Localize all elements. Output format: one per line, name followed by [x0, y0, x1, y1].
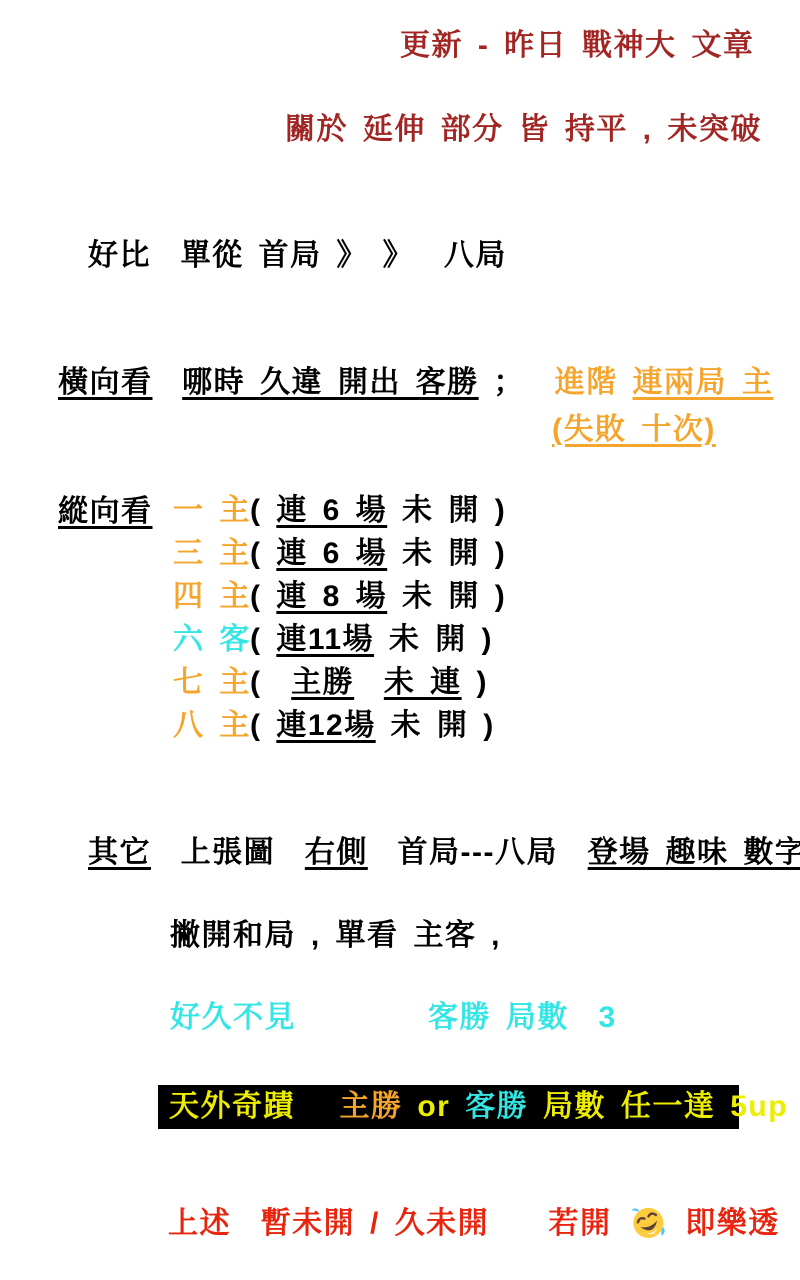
- streak-underlined-text: 未 連: [384, 666, 462, 699]
- streak-row-label: 八 主: [173, 704, 250, 747]
- vertical-streak-list: 一 主( 連 6 場 未 開 )三 主( 連 6 場 未 開 )四 主( 連 8…: [173, 489, 506, 747]
- streak-row: 四 主( 連 8 場 未 開 ): [173, 575, 506, 618]
- update-title: 更新 - 昨日 戰神大 文章: [400, 28, 754, 64]
- streak-plain-text: (: [250, 494, 276, 527]
- streak-row-label: 六 客: [173, 618, 250, 661]
- highlight-bar-segment: 天外奇蹟: [169, 1090, 340, 1123]
- streak-plain-text: (: [250, 709, 276, 742]
- rofl-emoji-icon: [628, 1202, 668, 1251]
- streak-underlined-text: 連 6 場: [276, 494, 387, 527]
- streak-row: 一 主( 連 6 場 未 開 ): [173, 489, 506, 532]
- other-label: 其它: [88, 836, 151, 869]
- streak-row-label: 四 主: [173, 575, 250, 618]
- footer-text-pre: 上述 暫未開 / 久未開 若開: [168, 1207, 626, 1240]
- betting-analysis-note: 更新 - 昨日 戰神大 文章 關於 延伸 部分 皆 持平 , 未突破 好比 單從…: [0, 0, 800, 1280]
- other-segment: 上張圖: [181, 836, 276, 869]
- horizontal-view-label: 橫向看: [58, 366, 153, 399]
- advanced-label: 進階: [525, 366, 633, 399]
- streak-plain-text: (: [250, 666, 291, 699]
- streak-row: 六 客( 連11場 未 開 ): [173, 618, 506, 661]
- highlight-bar-segment: 客勝: [465, 1090, 528, 1123]
- streak-row-label: 三 主: [173, 532, 250, 575]
- streak-plain-text: 未 開 ): [387, 494, 506, 527]
- advanced-failure-note: (失敗 十次): [552, 412, 716, 448]
- other-segment: 右側: [305, 836, 368, 869]
- example-line: 好比 單從 首局 》 》 八局: [88, 238, 507, 274]
- reminder-left: 好久不見: [170, 1001, 296, 1034]
- other-section-line: 其它 上張圖 右側 首局---八局 登場 趣味 數字: [88, 835, 800, 871]
- horizontal-view-line: 橫向看 哪時 久違 開出 客勝 ； 進階 連兩局 主: [58, 365, 773, 401]
- advanced-pattern: 連兩局 主: [633, 366, 774, 399]
- streak-row: 八 主( 連12場 未 開 ): [173, 704, 506, 747]
- streak-plain-text: (: [250, 580, 276, 613]
- footer-text-post: 即樂透: [670, 1207, 779, 1240]
- streak-plain-text: (: [250, 537, 276, 570]
- separator: ；: [479, 366, 525, 399]
- streak-plain-text: (: [250, 623, 276, 656]
- streak-underlined-text: 連 6 場: [276, 537, 387, 570]
- streak-underlined-text: 主勝: [291, 666, 354, 699]
- vertical-view-label: 縱向看: [58, 494, 153, 530]
- streak-plain-text: 未 開 ): [376, 709, 495, 742]
- streak-underlined-text: 連 8 場: [276, 580, 387, 613]
- reminder-right: 客勝 局數 3: [428, 1000, 617, 1036]
- streak-plain-text: 未 開 ): [387, 537, 506, 570]
- other-segment: 登場 趣味 數字: [588, 836, 800, 869]
- streak-row: 七 主( 主勝 未 連 ): [173, 661, 506, 704]
- footer-line: 上述 暫未開 / 久未開 若開 即樂透: [168, 1202, 780, 1251]
- aside-line: 撇開和局 , 單看 主客 ,: [170, 918, 501, 954]
- streak-plain-text: ): [462, 666, 488, 699]
- streak-underlined-text: 連12場: [276, 709, 375, 742]
- streak-plain-text: 未 開 ): [374, 623, 493, 656]
- horizontal-question: 哪時 久違 開出 客勝: [182, 366, 479, 399]
- reminder-line: 好久不見客勝 局數 3: [170, 1000, 770, 1036]
- streak-row-label: 七 主: [173, 661, 250, 704]
- streak-underlined-text: 連11場: [276, 623, 374, 656]
- streak-plain-text: [354, 666, 384, 699]
- highlight-bar-segment: or: [403, 1090, 466, 1123]
- update-subtitle: 關於 延伸 部分 皆 持平 , 未突破: [285, 112, 762, 148]
- highlight-bar-segment: 局數 任一達 5up: [528, 1090, 788, 1123]
- gap: [153, 366, 183, 399]
- streak-row: 三 主( 連 6 場 未 開 ): [173, 532, 506, 575]
- streak-row-label: 一 主: [173, 489, 250, 532]
- highlight-bar-segment: 主勝: [340, 1090, 403, 1123]
- highlight-bar: 天外奇蹟 主勝 or 客勝 局數 任一達 5up: [158, 1085, 739, 1129]
- other-segment: 首局---八局: [398, 836, 558, 869]
- streak-plain-text: 未 開 ): [387, 580, 506, 613]
